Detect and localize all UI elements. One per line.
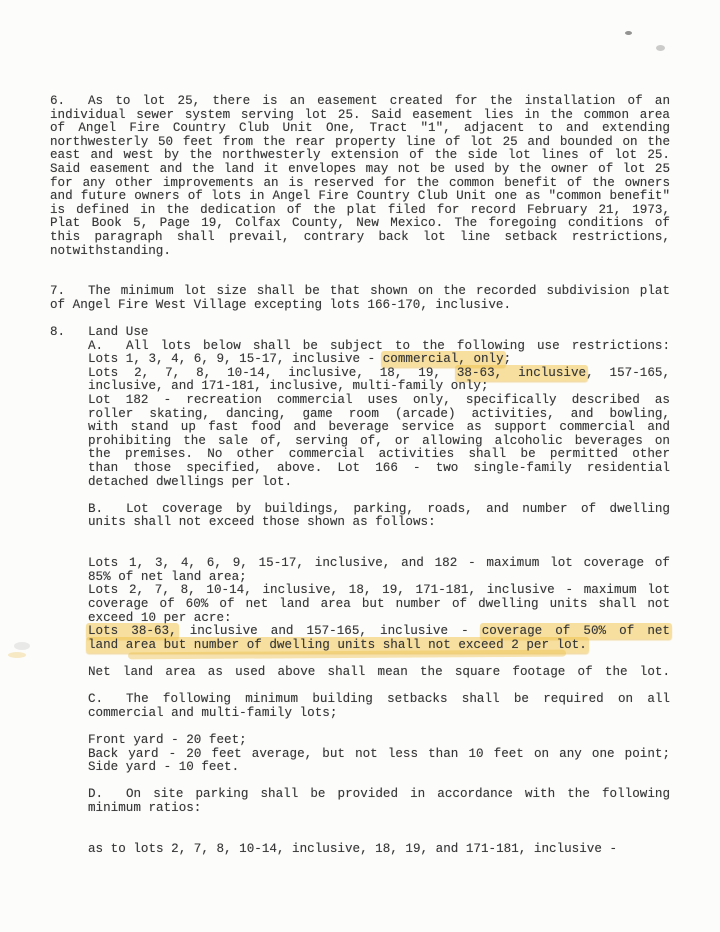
document-line: land area but number of dwelling units s…: [88, 639, 670, 653]
text-run: Net land area as used above shall mean t…: [88, 665, 670, 679]
text-run: and future owners of lots in Angel Fire …: [50, 189, 670, 203]
document-line: B.Lot coverage by buildings, parking, ro…: [88, 503, 670, 517]
paragraph-number: C.: [88, 693, 103, 707]
document-line: Lots 2, 7, 8, 10-14, inclusive, 18, 19, …: [88, 367, 670, 381]
paragraph-block: Net land area as used above shall mean t…: [88, 666, 670, 680]
text-run: individual sewer system serving lot 25. …: [50, 108, 670, 122]
text-run: commercial and multi-family lots;: [88, 706, 337, 720]
document-line: as to lots 2, 7, 8, 10-14, inclusive, 18…: [88, 843, 670, 857]
document-line: of Angel Fire Country Club Unit One, Tra…: [50, 122, 670, 136]
text-run: units shall not exceed those shown as fo…: [88, 515, 436, 529]
document-line: Plat Book 5, Page 19, Colfax County, New…: [50, 217, 670, 231]
paragraph-block: 7.The minimum lot size shall be that sho…: [50, 285, 670, 312]
text-run: roller skating, dancing, game room (arca…: [88, 407, 670, 421]
text-run: detached dwellings per lot.: [88, 475, 292, 489]
text-run: prohibiting the sale of, serving of, or …: [88, 434, 670, 448]
text-run: Side yard - 10 feet.: [88, 760, 239, 774]
document-line: and future owners of lots in Angel Fire …: [50, 190, 670, 204]
document-line: notwithstanding.: [50, 245, 670, 259]
paragraph-number: 7.: [50, 285, 65, 299]
text-run: east and west by the northwesterly exten…: [50, 148, 670, 162]
paragraph-block: B.Lot coverage by buildings, parking, ro…: [88, 503, 670, 530]
text-run: coverage of 60% of net land area but num…: [88, 597, 670, 611]
text-run: the premises. No other commercial activi…: [88, 447, 670, 461]
stray-mark: [625, 31, 632, 35]
text-run: The following minimum building setbacks …: [126, 692, 670, 706]
document-line: commercial and multi-family lots;: [88, 707, 670, 721]
document-line: Side yard - 10 feet.: [88, 761, 670, 775]
text-run: is defined in the dedication of the plat…: [50, 203, 670, 217]
document-line: D.On site parking shall be provided in a…: [88, 788, 670, 802]
document-line: with stand up fast food and beverage ser…: [88, 421, 670, 435]
text-run: of Angel Fire Country Club Unit One, Tra…: [50, 121, 670, 135]
text-run: Lots 2, 7, 8, 10-14, inclusive, 18, 19, …: [88, 583, 670, 597]
paragraph-block: as to lots 2, 7, 8, 10-14, inclusive, 18…: [88, 843, 670, 857]
paragraph-block: 6.As to lot 25, there is an easement cre…: [50, 95, 670, 258]
document-line: 8.Land Use: [50, 326, 670, 340]
document-line: of Angel Fire West Village excepting lot…: [50, 299, 670, 313]
paragraph-block: Lots 1, 3, 4, 6, 9, 15-17, inclusive, an…: [88, 557, 670, 652]
paragraph-block: D.On site parking shall be provided in a…: [88, 788, 670, 815]
text-run: The minimum lot size shall be that shown…: [88, 284, 670, 298]
paragraph-number: B.: [88, 503, 103, 517]
document-line: inclusive, and 171-181, inclusive, multi…: [88, 380, 670, 394]
document-line: east and west by the northwesterly exten…: [50, 149, 670, 163]
text-run: notwithstanding.: [50, 244, 171, 258]
paragraph-block: Front yard - 20 feet;Back yard - 20 feet…: [88, 734, 670, 775]
document-line: Lots 1, 3, 4, 6, 9, 15-17, inclusive, an…: [88, 557, 670, 571]
paragraph-block: A.All lots below shall be subject to the…: [88, 340, 670, 490]
text-run: of Angel Fire West Village excepting lot…: [50, 298, 511, 312]
text-run: , 157-165,: [586, 366, 670, 380]
document-line: minimum ratios:: [88, 802, 670, 816]
text-run: Land Use: [88, 325, 148, 339]
stray-mark: [656, 45, 665, 51]
text-run: Lots 2, 7, 8, 10-14, inclusive, 18, 19,: [88, 366, 457, 380]
stray-mark: [14, 642, 30, 650]
paragraph-block: 8.Land Use: [50, 326, 670, 340]
document-line: Back yard - 20 feet average, but not les…: [88, 748, 670, 762]
text-run: As to lot 25, there is an easement creat…: [88, 94, 670, 108]
document-line: is defined in the dedication of the plat…: [50, 204, 670, 218]
document-line: individual sewer system serving lot 25. …: [50, 109, 670, 123]
document-line: Front yard - 20 feet;: [88, 734, 670, 748]
text-run: Plat Book 5, Page 19, Colfax County, New…: [50, 216, 670, 230]
text-run: northwesterly 50 feet from the rear prop…: [50, 135, 670, 149]
text-run: Lot coverage by buildings, parking, road…: [126, 502, 670, 516]
text-run: Back yard - 20 feet average, but not les…: [88, 747, 670, 761]
text-run: for any other improvements an is reserve…: [50, 176, 670, 190]
document-line: northwesterly 50 feet from the rear prop…: [50, 136, 670, 150]
text-run: Lots 1, 3, 4, 6, 9, 15-17, inclusive -: [88, 352, 383, 366]
document-body: 6.As to lot 25, there is an easement cre…: [50, 95, 670, 856]
text-run: Lots 1, 3, 4, 6, 9, 15-17, inclusive, an…: [88, 556, 670, 570]
document-page: 6.As to lot 25, there is an easement cre…: [0, 0, 720, 932]
text-run: this paragraph shall prevail, contrary b…: [50, 230, 670, 244]
document-line: coverage of 60% of net land area but num…: [88, 598, 670, 612]
paragraph-number: 8.: [50, 326, 65, 340]
text-run: On site parking shall be provided in acc…: [126, 787, 670, 801]
paragraph-number: D.: [88, 788, 103, 802]
text-run: Lot 182 - recreation commercial uses onl…: [88, 393, 670, 407]
document-line: Said easement and the land it envelopes …: [50, 163, 670, 177]
document-line: Lot 182 - recreation commercial uses onl…: [88, 394, 670, 408]
document-line: detached dwellings per lot.: [88, 476, 670, 490]
paragraph-number: 6.: [50, 95, 65, 109]
document-line: this paragraph shall prevail, contrary b…: [50, 231, 670, 245]
text-run: than those specified, above. Lot 166 - t…: [88, 461, 670, 475]
highlight-mark: land area but number of dwelling units s…: [86, 637, 589, 653]
document-line: Net land area as used above shall mean t…: [88, 666, 670, 680]
text-run: Front yard - 20 feet;: [88, 733, 247, 747]
highlight-mark: 38-63, inclusive: [455, 365, 588, 381]
document-line: the premises. No other commercial activi…: [88, 448, 670, 462]
text-run: with stand up fast food and beverage ser…: [88, 420, 670, 434]
text-run: Said easement and the land it envelopes …: [50, 162, 670, 176]
text-run: as to lots 2, 7, 8, 10-14, inclusive, 18…: [88, 842, 617, 856]
document-line: 7.The minimum lot size shall be that sho…: [50, 285, 670, 299]
document-line: roller skating, dancing, game room (arca…: [88, 408, 670, 422]
document-line: 85% of net land area;: [88, 571, 670, 585]
text-run: inclusive, and 171-181, inclusive, multi…: [88, 379, 489, 393]
document-line: prohibiting the sale of, serving of, or …: [88, 435, 670, 449]
document-line: for any other improvements an is reserve…: [50, 177, 670, 191]
document-line: 6.As to lot 25, there is an easement cre…: [50, 95, 670, 109]
document-line: than those specified, above. Lot 166 - t…: [88, 462, 670, 476]
document-line: C.The following minimum building setback…: [88, 693, 670, 707]
document-line: units shall not exceed those shown as fo…: [88, 516, 670, 530]
paragraph-block: C.The following minimum building setback…: [88, 693, 670, 720]
text-run: 85% of net land area;: [88, 570, 247, 584]
stray-mark: [8, 652, 26, 658]
text-run: minimum ratios:: [88, 801, 201, 815]
document-line: Lots 2, 7, 8, 10-14, inclusive, 18, 19, …: [88, 584, 670, 598]
